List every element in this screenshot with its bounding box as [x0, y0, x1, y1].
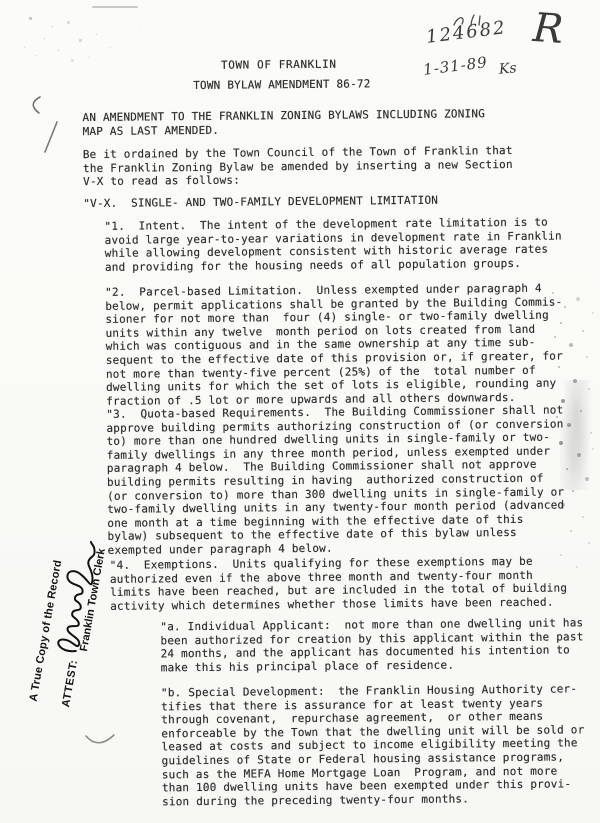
paragraph-3-quota-requirements: "3. Quota-based Requirements. The Buildi…: [106, 403, 565, 557]
scanned-document-page: { "header": { "line1": "TOWN OF FRANKLIN…: [0, 0, 600, 823]
scan-speckles-topleft: [0, 0, 1, 1]
stamp-attest-label: ATTEST:: [60, 659, 80, 708]
paragraph-4a-individual-applicant: "a. Individual Applicant: not more than …: [160, 616, 584, 674]
paragraph-4-exemptions: "4. Exemptions. Units qualifying for the…: [110, 554, 568, 613]
amendment-intro: AN AMENDMENT TO THE FRANKLIN ZONING BYLA…: [82, 107, 485, 138]
handwritten-initials: Ks: [498, 60, 517, 77]
section-heading: "V-X. SINGLE- AND TWO-FAMILY DEVELOPMENT…: [83, 194, 438, 211]
document-title-line1: TOWN OF FRANKLIN: [221, 58, 337, 73]
ordainment-clause: Be it ordained by the Town Council of th…: [83, 144, 513, 189]
handwritten-letter-r: R: [531, 5, 564, 53]
document-title-line2: TOWN BYLAW AMENDMENT 86-72: [193, 77, 371, 92]
paragraph-1-intent: "1. Intent. The intent of the developmen…: [104, 215, 562, 274]
paragraph-4b-special-development: "b. Special Development: the Franklin Ho…: [161, 682, 585, 808]
paragraph-2-parcel-limitation: "2. Parcel-based Limitation. Unless exem…: [105, 281, 563, 408]
